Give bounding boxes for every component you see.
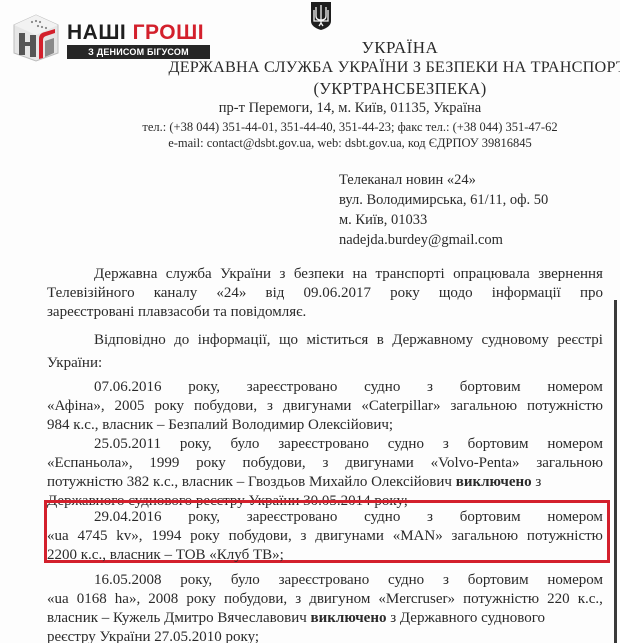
letterhead-address: пр-т Перемоги, 14, м. Київ, 01135, Украї… [0, 100, 620, 117]
vessel-entry-3-highlighted: 29.04.2016 року, зареєстровано судно з б… [47, 508, 603, 565]
register-intro-paragraph: Відповіднодоінформації,щоміститьсявДержа… [47, 331, 603, 373]
letterhead-phones: тел.: (+38 044) 351-44-01, 351-44-40, 35… [0, 120, 620, 135]
letterhead-contacts: e-mail: contact@dsbt.gov.ua, web: dsbt.g… [0, 136, 620, 151]
excluded-label: виключено [311, 610, 387, 626]
recipient-email: nadejda.burdey@gmail.com [339, 230, 548, 250]
letterhead-agency: ДЕРЖАВНА СЛУЖБА УКРАЇНИ З БЕЗПЕКИ НА ТРА… [0, 58, 620, 77]
intro-line-2: Телевізійного каналу «24» від 09.06.2017… [47, 284, 603, 303]
intro-paragraph: ДержавнаслужбаУкраїнизбезпекинатранспорт… [47, 265, 603, 322]
recipient-city: м. Київ, 01033 [339, 210, 548, 230]
letterhead-agency-abbr: (УКРТРАНСБЕЗПЕКА) [0, 79, 620, 99]
recipient-block: Телеканал новин «24» вул. Володимирська,… [339, 170, 548, 250]
excluded-label: виключено [456, 474, 532, 490]
intro-line-3: зареєстровані плавзасоби та повідомляє. [47, 303, 603, 322]
vessel-entry-1: 07.06.2016 року, зареєстровано судно з б… [47, 378, 603, 435]
intro-line-1: ДержавнаслужбаУкраїнизбезпекинатранспорт… [47, 265, 603, 284]
recipient-street: вул. Володимирська, 61/11, оф. 50 [339, 190, 548, 210]
vessel-entry-4: 16.05.2008 року, було зареєстровано судн… [47, 571, 603, 643]
recipient-name: Телеканал новин «24» [339, 170, 548, 190]
scan-edge-line [614, 300, 617, 643]
tryzub-coat-of-arms-icon [310, 1, 332, 31]
letterhead-country: УКРАЇНА [0, 38, 620, 58]
scanned-letter: НАШІ ГРОШІ З ДЕНИСОМ БІГУСОМ УКРАЇНА ДЕР… [0, 0, 620, 643]
